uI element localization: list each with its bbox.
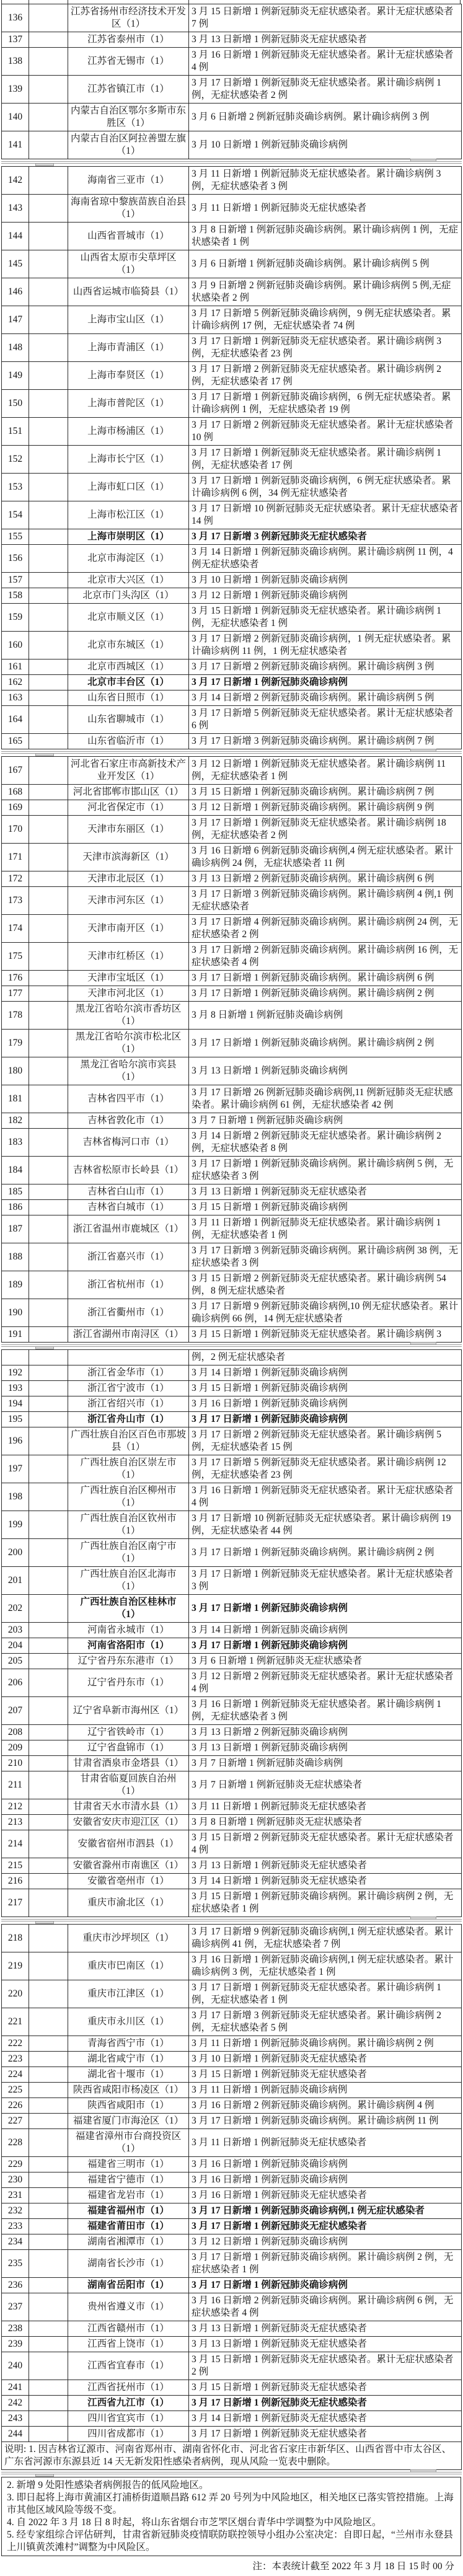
table-row: 167河北省石家庄市高新技术产业开发区（1）3 月 12 日新增 1 例新冠肺炎…: [2, 757, 462, 785]
table-row: 212甘肃省天水市清水县（1）3 月 11 日新增 1 例新冠肺炎无症状感染者: [2, 1799, 462, 1815]
row-index-cell: 207: [2, 1697, 29, 1725]
region-cell: 湖南省长沙市（1）: [68, 2250, 189, 2278]
row-index-cell: 195: [2, 1412, 29, 1427]
table-row: 162北京市丰台区（1）3 月 17 日新增 1 例新冠肺炎确诊病例: [2, 675, 462, 690]
description-cell: 3 月 16 日新增 1 例新冠肺炎无症状感染者: [189, 2188, 462, 2203]
row-index-cell: 176: [2, 971, 29, 986]
description-cell: 3 月 9 日新增 2 例新冠肺炎确诊病例。累计确诊病例 5 例,无症状感染者 …: [189, 278, 462, 306]
table-row: 171天津市滨海新区（1）3 月 16 日新增 6 例新冠肺炎确诊病例,4 例无…: [2, 844, 462, 871]
description-cell: 3 月 17 日新增 1 例新冠肺炎确诊病例。累计确诊病例 11 例: [189, 2114, 462, 2129]
group-cell: [29, 2411, 68, 2427]
region-cell: 上海市长宁区（1）: [68, 446, 189, 474]
description-cell: 3 月 17 日新增 1 例新冠肺炎无症状感染者: [189, 2219, 462, 2234]
table-note-cell: 说明: 1. 因吉林省辽源市、河南省郑州市、湖南省怀化市、河北省石家庄市新华区、…: [2, 2442, 462, 2470]
table-row: 155上海市崇明区（1）3 月 17 日新增 3 例新冠肺炎无症状感染者: [2, 529, 462, 545]
row-index-cell: 175: [2, 943, 29, 971]
row-index-cell: 141: [2, 131, 29, 159]
row-index-cell: 194: [2, 1396, 29, 1412]
region-cell: 广西壮族自治区钦州市（1）: [68, 1511, 189, 1539]
table-row: 230福建省宁德市（1）3 月 16 日新增 1 例新冠肺炎确诊病例: [2, 2172, 462, 2188]
description-cell: 3 月 15 日新增 1 例新冠肺炎无症状感染者。累计无症状感染者 2 例: [189, 2352, 462, 2380]
row-index-cell: 199: [2, 1511, 29, 1539]
group-cell: [29, 334, 68, 362]
group-cell: [29, 915, 68, 943]
table-row: 182吉林省敦化市（1）3 月 7 日新增 1 例新冠肺炎确诊病例: [2, 1113, 462, 1129]
region-cell: 辽宁省盘锦市（1）: [68, 1740, 189, 1756]
page-break-line: [1, 1344, 462, 1347]
group-cell: [29, 2008, 68, 2036]
table-row: 145山西省太原市尖草坪区（1）3 月 6 日新增 1 例新冠肺炎确诊病例。累计…: [2, 250, 462, 278]
group-cell: [29, 1271, 68, 1299]
group-cell: [29, 2172, 68, 2188]
table-row: 185吉林省白山市（1）3 月 13 日新增 1 例新冠肺炎无症状感染者: [2, 1184, 462, 1200]
row-index-cell: 153: [2, 474, 29, 501]
table-row: 176天津市宝坻区（1）3 月 17 日新增 1 例新冠肺炎确诊病例。累计确诊病…: [2, 971, 462, 986]
row-index-cell: 241: [2, 2380, 29, 2396]
description-cell: 3 月 15 日新增 2 例新冠肺炎无症状感染者。累计确诊病例 54 例，8 例…: [189, 1271, 462, 1299]
table-row: 160北京市东城区（1）3 月 17 日新增 2 例新冠肺炎确诊病例，1 例无症…: [2, 632, 462, 659]
page-break-tick: [410, 749, 436, 752]
group-cell: [29, 2052, 68, 2067]
description-cell: 3 月 16 日新增 2 例新冠肺炎确诊病例。累计确诊病例 4 例: [189, 2098, 462, 2114]
description-cell: 3 月 16 日新增 1 例新冠肺炎无症状感染者。累计确诊病例 1 例，无症状感…: [189, 1697, 462, 1725]
row-index-cell: 214: [2, 1830, 29, 1858]
region-cell: 广西壮族自治区北海市（1）: [68, 1567, 189, 1595]
table-row: 198广西壮族自治区柳州市（1）3 月 16 日新增 1 例新冠肺炎无症状感染者…: [2, 1483, 462, 1511]
row-index-cell: 172: [2, 871, 29, 887]
table-row: 153上海市虹口区（1）3 月 17 日新增 1 例新冠肺炎确诊病例，6 例无症…: [2, 474, 462, 501]
description-cell: 3 月 6 日新增 1 例新冠肺炎确诊病例。累计确诊病例 5 例: [189, 250, 462, 278]
group-cell: [29, 1396, 68, 1412]
group-cell: [29, 1243, 68, 1271]
description-cell: 3 月 17 日新增 3 例新冠肺炎确诊病例。累计确诊病例 4 例,1 例无症状…: [189, 887, 462, 915]
row-index-cell: 202: [2, 1595, 29, 1623]
table-row: 154上海市松江区（1）3 月 17 日新增 10 例新冠肺炎无症状感染者。累计…: [2, 501, 462, 529]
region-cell: 吉林省敦化市（1）: [68, 1113, 189, 1129]
row-index-cell: 237: [2, 2293, 29, 2321]
table-row: 159北京市顺义区（1）3 月 15 日新增 1 例新冠肺炎无症状感染者。累计确…: [2, 604, 462, 632]
table-row: 206辽宁省丹东市（1）3 月 12 日新增 2 例新冠肺炎无症状感染者。累计无…: [2, 1669, 462, 1697]
table-row: 187浙江省温州市鹿城区（1）3 月 11 日新增 1 例新冠肺炎无症状感染者。…: [2, 1215, 462, 1243]
description-cell: 3 月 17 日新增 1 例新冠肺炎确诊病例,1 例无症状感染者: [189, 2203, 462, 2219]
row-index-cell: 180: [2, 1057, 29, 1085]
page-break-tick: [410, 2469, 436, 2472]
region-cell: 海南省琼中黎族苗族自治县（1）: [68, 195, 189, 223]
row-index-cell: 234: [2, 2234, 29, 2250]
region-cell: 北京市西城区（1）: [68, 659, 189, 675]
group-cell: [29, 887, 68, 915]
region-cell: 黑龙江省哈尔滨市宾县（1）: [68, 1057, 189, 1085]
row-index-cell: 216: [2, 1874, 29, 1889]
note-line: 4. 自 2022 年 3 月 18 日 8 时起，将山东省烟台市芝罘区烟台青华…: [7, 2516, 456, 2529]
group-cell: [29, 2321, 68, 2337]
group-cell: [29, 1595, 68, 1623]
table-row: 224湖北省十堰市（1）3 月 15 日新增 1 例新冠肺炎无症状感染者: [2, 2067, 462, 2083]
row-index-cell: 171: [2, 844, 29, 871]
table-row: 213安徽省安庆市迎江区（1）3 月 8 日新增 1 例新冠肺炎无症状感染者: [2, 1815, 462, 1830]
group-cell: [29, 1455, 68, 1483]
region-cell: 江西省抚州市（1）: [68, 2380, 189, 2396]
row-index-cell: 139: [2, 76, 29, 104]
page-break-line: [1, 1919, 462, 1921]
row-index-cell: 232: [2, 2203, 29, 2219]
table-note-row: 说明: 1. 因吉林省辽源市、河南省郑州市、湖南省怀化市、河北省石家庄市新华区、…: [2, 2442, 462, 2470]
description-cell: 3 月 16 日新增 1 例新冠肺炎确诊病例,1 例无症状感染者。累计确诊病例 …: [189, 1952, 462, 1980]
row-index-cell: 178: [2, 1002, 29, 1030]
description-cell: 3 月 17 日新增 3 例新冠肺炎确诊病例。累计确诊病例 7 例: [189, 734, 462, 749]
group-cell: [29, 4, 68, 32]
table-row: 158北京市门头沟区（1）3 月 12 日新增 1 例新冠肺炎确诊病例: [2, 588, 462, 604]
description-cell: 3 月 17 日新增 2 例新冠肺炎确诊病例。累计确诊病例 16 例，无症状感染…: [189, 943, 462, 971]
group-cell: [29, 278, 68, 306]
table-row: 209辽宁省盘锦市（1）3 月 13 日新增 1 例新冠肺炎确诊病例: [2, 1740, 462, 1756]
description-cell: 3 月 17 日新增 3 例新冠肺炎确诊病例。累计确诊病例 38 例，无症状感染…: [189, 1243, 462, 1271]
row-index-cell: 211: [2, 1771, 29, 1799]
table-row: 196广西壮族自治区百色市那坡县（1）3 月 17 日新增 2 例新冠肺炎无症状…: [2, 1427, 462, 1455]
region-cell: 甘肃省临夏回族自治州（1）: [68, 1771, 189, 1799]
region-cell: 重庆市永川区（1）: [68, 2008, 189, 2036]
row-index-cell: 239: [2, 2337, 29, 2352]
description-cell: 3 月 17 日新增 10 例新冠肺炎无症状感染者。累计无症状感染者 14 例: [189, 501, 462, 529]
region-cell: 浙江省温州市鹿城区（1）: [68, 1215, 189, 1243]
table-row: 237贵州省遵义市（1）3 月 16 日新增 2 例新冠肺炎确诊病例。累计确诊病…: [2, 2293, 462, 2321]
description-cell: 例，2 例无症状感染者: [189, 1350, 462, 1365]
row-index-cell: 233: [2, 2219, 29, 2234]
region-cell: 天津市东丽区（1）: [68, 816, 189, 844]
group-cell: [29, 971, 68, 986]
table-row: 151上海市杨浦区（1）3 月 17 日新增 2 例新冠肺炎无症状感染者。累计无…: [2, 418, 462, 446]
description-cell: 3 月 14 日新增 2 例新冠肺炎确诊病例。累计确诊病例 5 例: [189, 690, 462, 706]
region-cell: 上海市杨浦区（1）: [68, 418, 189, 446]
table-row: 207辽宁省阜新市海州区（1）3 月 16 日新增 1 例新冠肺炎无症状感染者。…: [2, 1697, 462, 1725]
table-row: 222青海省西宁市（1）3 月 11 日新增 1 例新冠肺炎确诊病例。累计确诊病…: [2, 2036, 462, 2052]
table-row: 239江西省上饶市（1）3 月 13 日新增 1 例新冠肺炎无症状感染者: [2, 2337, 462, 2352]
row-index-cell: 219: [2, 1952, 29, 1980]
group-cell: [29, 306, 68, 334]
table-row: 173天津市河东区（1）3 月 17 日新增 3 例新冠肺炎确诊病例。累计确诊病…: [2, 887, 462, 915]
row-index-cell: 185: [2, 1184, 29, 1200]
table-row: 215安徽省滁州市南谯区（1）3 月 13 日新增 1 例新冠肺炎无症状感染者: [2, 1858, 462, 1874]
region-cell: 河北省邯郸市邯山区（1）: [68, 785, 189, 800]
group-cell: [29, 1874, 68, 1889]
table-row: 例，2 例无症状感染者: [2, 1350, 462, 1365]
group-cell: [29, 1184, 68, 1200]
description-cell: 3 月 11 日新增 1 例新冠肺炎无症状感染者。累计确诊病例 3 例，无症状感…: [189, 167, 462, 195]
row-index-cell: 189: [2, 1271, 29, 1299]
region-cell: 甘肃省酒泉市金塔县（1）: [68, 1756, 189, 1771]
region-cell: 山东省临沂市（1）: [68, 734, 189, 749]
table-row: 244四川省成都市（1）3 月 17 日新增 1 例新冠肺炎无症状感染者: [2, 2427, 462, 2442]
description-cell: 3 月 15 日新增 2 例新冠肺炎无症状感染者。累计无症状感染者 4 例: [189, 1830, 462, 1858]
page-break-tick: [410, 159, 436, 162]
description-cell: 3 月 17 日新增 1 例新冠肺炎无症状感染者。累计确诊病例 3 例，无症状感…: [189, 334, 462, 362]
group-cell: [29, 1365, 68, 1381]
group-cell: [29, 2083, 68, 2098]
page-break-line: [1, 751, 462, 754]
region-cell: 浙江省宁波市（1）: [68, 1381, 189, 1396]
region-cell: 湖北省咸宁市（1）: [68, 2052, 189, 2067]
table-row: 218重庆市沙坪坝区（1）3 月 17 日新增 9 例新冠肺炎确诊病例,1 例无…: [2, 1925, 462, 1952]
row-index-cell: 147: [2, 306, 29, 334]
row-index-cell: 235: [2, 2250, 29, 2278]
table-row: 203河南省永城市（1）3 月 14 日新增 1 例新冠肺炎确诊病例: [2, 1623, 462, 1638]
region-cell: 上海市虹口区（1）: [68, 474, 189, 501]
table-row: 178黑龙江省哈尔滨市香坊区（1）3 月 8 日新增 1 例新冠肺炎确诊病例: [2, 1002, 462, 1030]
group-cell: [29, 1215, 68, 1243]
page-break-line: [1, 2472, 462, 2474]
row-index-cell: 182: [2, 1113, 29, 1129]
region-cell: 北京市门头沟区（1）: [68, 588, 189, 604]
table-row: 194浙江省绍兴市（1）3 月 16 日新增 1 例新冠肺炎确诊病例: [2, 1396, 462, 1412]
table-row: 143海南省琼中黎族苗族自治县（1）3 月 11 日新增 1 例新冠肺炎无症状感…: [2, 195, 462, 223]
description-cell: 3 月 13 日新增 1 例新冠肺炎无症状感染者: [189, 2321, 462, 2337]
description-cell: 3 月 17 日新增 5 例新冠肺炎无症状感染者。累计无症状感染者 6 例: [189, 706, 462, 734]
description-cell: 3 月 17 日新增 1 例新冠肺炎确诊病例。累计确诊病例 2 例: [189, 1030, 462, 1057]
table-row: 161北京市西城区（1）3 月 17 日新增 2 例新冠肺炎确诊病例。累计确诊病…: [2, 659, 462, 675]
region-cell: 山东省聊城市（1）: [68, 706, 189, 734]
row-index-cell: 169: [2, 800, 29, 816]
description-cell: 3 月 11 日新增 1 例新冠肺炎确诊病例。累计确诊病例 2 例: [189, 2036, 462, 2052]
page-break-tick: [35, 1921, 54, 1924]
description-cell: 3 月 15 日新增 1 例新冠肺炎确诊病例: [189, 1200, 462, 1215]
group-cell: [29, 545, 68, 573]
footer-note: 注：本表统计截至 2022 年 3 月 18 日 15 时 00 分: [1, 2556, 462, 2576]
row-index-cell: 209: [2, 1740, 29, 1756]
description-cell: 3 月 17 日新增 1 例新冠肺炎无症状感染者: [189, 2396, 462, 2411]
note-line: 5. 经专家组综合评估研判，甘肃省新冠肺炎疫情联防联控领导小组办公室决定：自即日…: [7, 2529, 456, 2554]
row-index-cell: 197: [2, 1455, 29, 1483]
region-cell: 贵州省遵义市（1）: [68, 2293, 189, 2321]
table-row: 169河北省保定市（1）3 月 12 日新增 1 例新冠肺炎确诊病例。累计确诊病…: [2, 800, 462, 816]
table-row: 175天津市红桥区（1）3 月 17 日新增 2 例新冠肺炎确诊病例。累计确诊病…: [2, 943, 462, 971]
row-index-cell: 186: [2, 1200, 29, 1215]
region-cell: 广西壮族自治区崇左市（1）: [68, 1455, 189, 1483]
table-row: 210甘肃省酒泉市金塔县（1）3 月 7 日新增 1 例新冠肺炎确诊病例: [2, 1756, 462, 1771]
row-index-cell: 146: [2, 278, 29, 306]
group-cell: [29, 2396, 68, 2411]
group-cell: [29, 588, 68, 604]
region-cell: 北京市大兴区（1）: [68, 573, 189, 588]
region-cell: 天津市河北区（1）: [68, 986, 189, 1002]
description-cell: 3 月 17 日新增 9 例新冠肺炎确诊病例,10 例无症状感染者。累计确诊病例…: [189, 1299, 462, 1327]
region-cell: 上海市宝山区（1）: [68, 306, 189, 334]
group-cell: [29, 418, 68, 446]
description-cell: 3 月 14 日新增 1 例新冠肺炎无症状感染者: [189, 1874, 462, 1889]
group-cell: [29, 1952, 68, 1980]
region-cell: 广西壮族自治区百色市那坡县（1）: [68, 1427, 189, 1455]
region-cell: 浙江省杭州市（1）: [68, 1271, 189, 1299]
table-row: 190浙江省衢州市（1）3 月 17 日新增 9 例新冠肺炎确诊病例,10 例无…: [2, 1299, 462, 1327]
table-row: 199广西壮族自治区钦州市（1）3 月 17 日新增 10 例新冠肺炎无症状感染…: [2, 1511, 462, 1539]
table-row: 141内蒙古自治区阿拉善盟左旗（1）3 月 10 日新增 1 例新冠肺炎确诊病例: [2, 131, 462, 159]
region-cell: 内蒙古自治区鄂尔多斯市东胜区（1）: [68, 104, 189, 131]
description-cell: 3 月 14 日新增 1 例新冠肺炎确诊病例: [189, 1365, 462, 1381]
region-cell: 安徽省亳州市（1）: [68, 1874, 189, 1889]
group-cell: [29, 757, 68, 785]
description-cell: 3 月 17 日新增 1 例新冠肺炎确诊病例。累计确诊病例 6 例: [189, 971, 462, 986]
region-cell: 河北省保定市（1）: [68, 800, 189, 816]
note-line: 2. 新增 9 处阳性感染者病例报告的低风险地区。: [7, 2479, 456, 2492]
description-cell: 3 月 13 日新增 1 例新冠肺炎无症状感染者: [189, 2337, 462, 2352]
description-cell: 3 月 6 日新增 1 例新冠肺炎无症状感染者: [189, 1654, 462, 1669]
region-cell: 福建省宁德市（1）: [68, 2172, 189, 2188]
table-row: 180黑龙江省哈尔滨市宾县（1）3 月 13 日新增 1 例新冠肺炎确诊病例: [2, 1057, 462, 1085]
row-index-cell: 198: [2, 1483, 29, 1511]
description-cell: 3 月 16 日新增 1 例新冠肺炎无症状感染者。累计无症状感染者 4 例: [189, 48, 462, 76]
description-cell: 3 月 16 日新增 1 例新冠肺炎确诊病例: [189, 1396, 462, 1412]
description-cell: 3 月 12 日新增 1 例新冠肺炎无症状感染者。累计确诊病例 11 例，无症状…: [189, 757, 462, 785]
group-cell: [29, 1002, 68, 1030]
region-cell: 江苏省镇江市（1）: [68, 76, 189, 104]
region-cell: 江西省九江市（1）: [68, 2396, 189, 2411]
table-row: 227福建省厦门市海沧区（1）3 月 17 日新增 1 例新冠肺炎确诊病例。累计…: [2, 2114, 462, 2129]
region-cell: 辽宁省丹东东港市（1）: [68, 1654, 189, 1669]
region-cell: 内蒙古自治区阿拉善盟左旗（1）: [68, 131, 189, 159]
group-cell: [29, 2278, 68, 2293]
region-cell: 江苏省无锡市（1）: [68, 48, 189, 76]
description-cell: 3 月 8 日新增 1 例新冠肺炎确诊病例: [189, 1002, 462, 1030]
description-cell: 3 月 17 日新增 1 例新冠肺炎确诊病例: [189, 1638, 462, 1654]
description-cell: 3 月 10 日新增 1 例新冠肺炎确诊病例: [189, 573, 462, 588]
group-cell: [29, 1057, 68, 1085]
region-cell: 福建省厦门市海沧区（1）: [68, 2114, 189, 2129]
row-index-cell: 137: [2, 32, 29, 48]
description-cell: 3 月 16 日新增 1 例新冠肺炎无症状感染者。累计无症状感染者 4 例: [189, 1483, 462, 1511]
page-break-tick: [35, 753, 54, 756]
region-cell: 山西省晋城市（1）: [68, 223, 189, 250]
description-cell: 3 月 15 日新增 1 例新冠肺炎确诊病例: [189, 1381, 462, 1396]
table-row: 144山西省晋城市（1）3 月 8 日新增 1 例新冠肺炎确诊病例。累计确诊病例…: [2, 223, 462, 250]
region-cell: 浙江省金华市（1）: [68, 1365, 189, 1381]
region-cell: 广西壮族自治区南宁市（1）: [68, 1539, 189, 1567]
table-row: 170天津市东丽区（1）3 月 17 日新增 1 例新冠肺炎无症状感染者。累计确…: [2, 816, 462, 844]
group-cell: [29, 1381, 68, 1396]
region-cell: 吉林省白山市（1）: [68, 1184, 189, 1200]
description-cell: 3 月 17 日新增 1 例新冠肺炎无症状感染者。累计确诊病例 1 例，无症状感…: [189, 446, 462, 474]
description-cell: 3 月 17 日新增 1 例新冠肺炎确诊病例: [189, 1412, 462, 1427]
row-index-cell: 215: [2, 1858, 29, 1874]
description-cell: 3 月 14 日新增 1 例新冠肺炎无症状感染者: [189, 2411, 462, 2427]
group-cell: [29, 632, 68, 659]
note-line: 3. 即日起将上海市黄浦区打浦桥街道顺昌路 612 弄 20 号列为中风险地区，…: [7, 2492, 456, 2516]
description-cell: 3 月 12 日新增 1 例新冠肺炎确诊病例: [189, 2234, 462, 2250]
table-row: 204河南省洛阳市（1）3 月 17 日新增 1 例新冠肺炎确诊病例: [2, 1638, 462, 1654]
group-cell: [29, 1740, 68, 1756]
row-index-cell: 223: [2, 2052, 29, 2067]
group-cell: [29, 1889, 68, 1917]
group-cell: [29, 2188, 68, 2203]
description-cell: 3 月 15 日新增 1 例新冠肺炎无症状感染者。累计确诊病例 3: [189, 1327, 462, 1343]
row-index-cell: 212: [2, 1799, 29, 1815]
group-cell: [29, 2114, 68, 2129]
table-row: 219重庆市巴南区（1）3 月 16 日新增 1 例新冠肺炎确诊病例,1 例无症…: [2, 1952, 462, 1980]
description-cell: 3 月 14 日新增 1 例新冠肺炎确诊病例: [189, 1623, 462, 1638]
table-row: 139江苏省镇江市（1）3 月 17 日新增 1 例新冠肺炎无症状感染者。累计确…: [2, 76, 462, 104]
risk-table-segment: 136江苏省扬州市经济技术开发区（1）3 月 15 日新增 1 例新冠肺炎无症状…: [1, 4, 462, 159]
row-index-cell: 236: [2, 2278, 29, 2293]
row-index-cell: 238: [2, 2321, 29, 2337]
description-cell: 3 月 7 日新增 1 例新冠肺炎确诊病例: [189, 1113, 462, 1129]
region-cell: 上海市青浦区（1）: [68, 334, 189, 362]
row-index-cell: 208: [2, 1725, 29, 1740]
description-cell: 3 月 7 日新增 1 例新冠肺炎无症状感染者: [189, 1771, 462, 1799]
group-cell: [29, 1980, 68, 2008]
table-row: 202广西壮族自治区桂林市（1）3 月 17 日新增 1 例新冠肺炎确诊病例: [2, 1595, 462, 1623]
group-cell: [29, 1129, 68, 1157]
description-cell: 3 月 13 日新增 1 例新冠肺炎无症状感染者: [189, 1184, 462, 1200]
group-cell: [29, 1815, 68, 1830]
table-row: 142海南省三亚市（1）3 月 11 日新增 1 例新冠肺炎无症状感染者。累计确…: [2, 167, 462, 195]
page-break: [1, 2470, 462, 2477]
region-cell: 黑龙江省哈尔滨市香坊区（1）: [68, 1002, 189, 1030]
table-row: 241江西省抚州市（1）3 月 15 日新增 1 例新冠肺炎无症状感染者: [2, 2380, 462, 2396]
region-cell: 江西省赣州市（1）: [68, 2321, 189, 2337]
region-cell: [68, 1350, 189, 1365]
region-cell: 海南省三亚市（1）: [68, 167, 189, 195]
region-cell: 天津市滨海新区（1）: [68, 844, 189, 871]
description-cell: 3 月 13 日新增 1 例新冠肺炎确诊病例: [189, 1740, 462, 1756]
row-index-cell: 138: [2, 48, 29, 76]
description-cell: 3 月 17 日新增 1 例新冠肺炎确诊病例: [189, 1595, 462, 1623]
region-cell: 北京市东城区（1）: [68, 632, 189, 659]
description-cell: 3 月 15 日新增 1 例新冠肺炎确诊病例。累计确诊病例 2 例，无症状感染者…: [189, 1889, 462, 1917]
table-row: 205辽宁省丹东东港市（1）3 月 6 日新增 1 例新冠肺炎无症状感染者: [2, 1654, 462, 1669]
description-cell: 3 月 11 日新增 1 例新冠肺炎无症状感染者。累计确诊病例 1 例，无症状感…: [189, 1215, 462, 1243]
table-row: 214安徽省宿州市泗县（1）3 月 15 日新增 2 例新冠肺炎无症状感染者。累…: [2, 1830, 462, 1858]
region-cell: 天津市宝坻区（1）: [68, 971, 189, 986]
description-cell: 3 月 10 日新增 1 例新冠肺炎确诊病例: [189, 131, 462, 159]
row-index-cell: 203: [2, 1623, 29, 1638]
risk-table-segment: 218重庆市沙坪坝区（1）3 月 17 日新增 9 例新冠肺炎确诊病例,1 例无…: [1, 1924, 462, 2470]
document: 136江苏省扬州市经济技术开发区（1）3 月 15 日新增 1 例新冠肺炎无症状…: [0, 0, 463, 2576]
description-cell: 3 月 17 日新增 2 例新冠肺炎无症状感染者。累计确诊病例 5 例，无症状感…: [189, 1427, 462, 1455]
group-cell: [29, 659, 68, 675]
table-row: 188浙江省嘉兴市（1）3 月 17 日新增 3 例新冠肺炎确诊病例。累计确诊病…: [2, 1243, 462, 1271]
description-cell: 3 月 17 日新增 2 例新冠肺炎确诊病例。累计确诊病例 3 例: [189, 659, 462, 675]
description-cell: 3 月 13 日新增 1 例新冠肺炎无症状感染者: [189, 1858, 462, 1874]
group-cell: [29, 2352, 68, 2380]
group-cell: [29, 2098, 68, 2114]
table-row: 181吉林省四平市（1）3 月 17 日新增 26 例新冠肺炎确诊病例,11 例…: [2, 1085, 462, 1113]
risk-table-segment: 167河北省石家庄市高新技术产业开发区（1）3 月 12 日新增 1 例新冠肺炎…: [1, 756, 462, 1343]
region-cell: 山西省运城市临猗县（1）: [68, 278, 189, 306]
region-cell: 山西省太原市尖草坪区（1）: [68, 250, 189, 278]
description-cell: 3 月 8 日新增 1 例新冠肺炎无症状感染者: [189, 1815, 462, 1830]
region-cell: 陕西省咸阳市杨凌区（1）: [68, 2083, 189, 2098]
table-row: 240江西省宜春市（1）3 月 15 日新增 1 例新冠肺炎无症状感染者。累计无…: [2, 2352, 462, 2380]
region-cell: 湖南省岳阳市（1）: [68, 2278, 189, 2293]
description-cell: 3 月 17 日新增 1 例新冠肺炎确诊病例，6 例无症状感染者。累计确诊病例 …: [189, 390, 462, 418]
region-cell: 浙江省湖州市南浔区（1）: [68, 1327, 189, 1343]
page-break-tick: [410, 1917, 436, 1920]
row-index-cell: 173: [2, 887, 29, 915]
region-cell: 天津市南开区（1）: [68, 915, 189, 943]
table-row: 148上海市青浦区（1）3 月 17 日新增 1 例新冠肺炎无症状感染者。累计确…: [2, 334, 462, 362]
cutoff-row-sliver: [1, 0, 462, 4]
group-cell: [29, 501, 68, 529]
group-cell: [29, 1511, 68, 1539]
table-row: 193浙江省宁波市（1）3 月 15 日新增 1 例新冠肺炎确诊病例: [2, 1381, 462, 1396]
group-cell: [29, 48, 68, 76]
table-row: 146山西省运城市临猗县（1）3 月 9 日新增 2 例新冠肺炎确诊病例。累计确…: [2, 278, 462, 306]
table-row: 231福建省龙岩市（1）3 月 16 日新增 1 例新冠肺炎无症状感染者: [2, 2188, 462, 2203]
region-cell: 辽宁省铁岭市（1）: [68, 1725, 189, 1740]
description-cell: 3 月 17 日新增 1 例新冠肺炎确诊病例。累计确诊病例 2 例: [189, 986, 462, 1002]
group-cell: [29, 800, 68, 816]
description-cell: 3 月 17 日新增 2 例新冠肺炎无症状感染者。累计无症状感染者 10 例: [189, 418, 462, 446]
row-index-cell: [2, 1350, 29, 1365]
region-cell: 重庆市巴南区（1）: [68, 1952, 189, 1980]
